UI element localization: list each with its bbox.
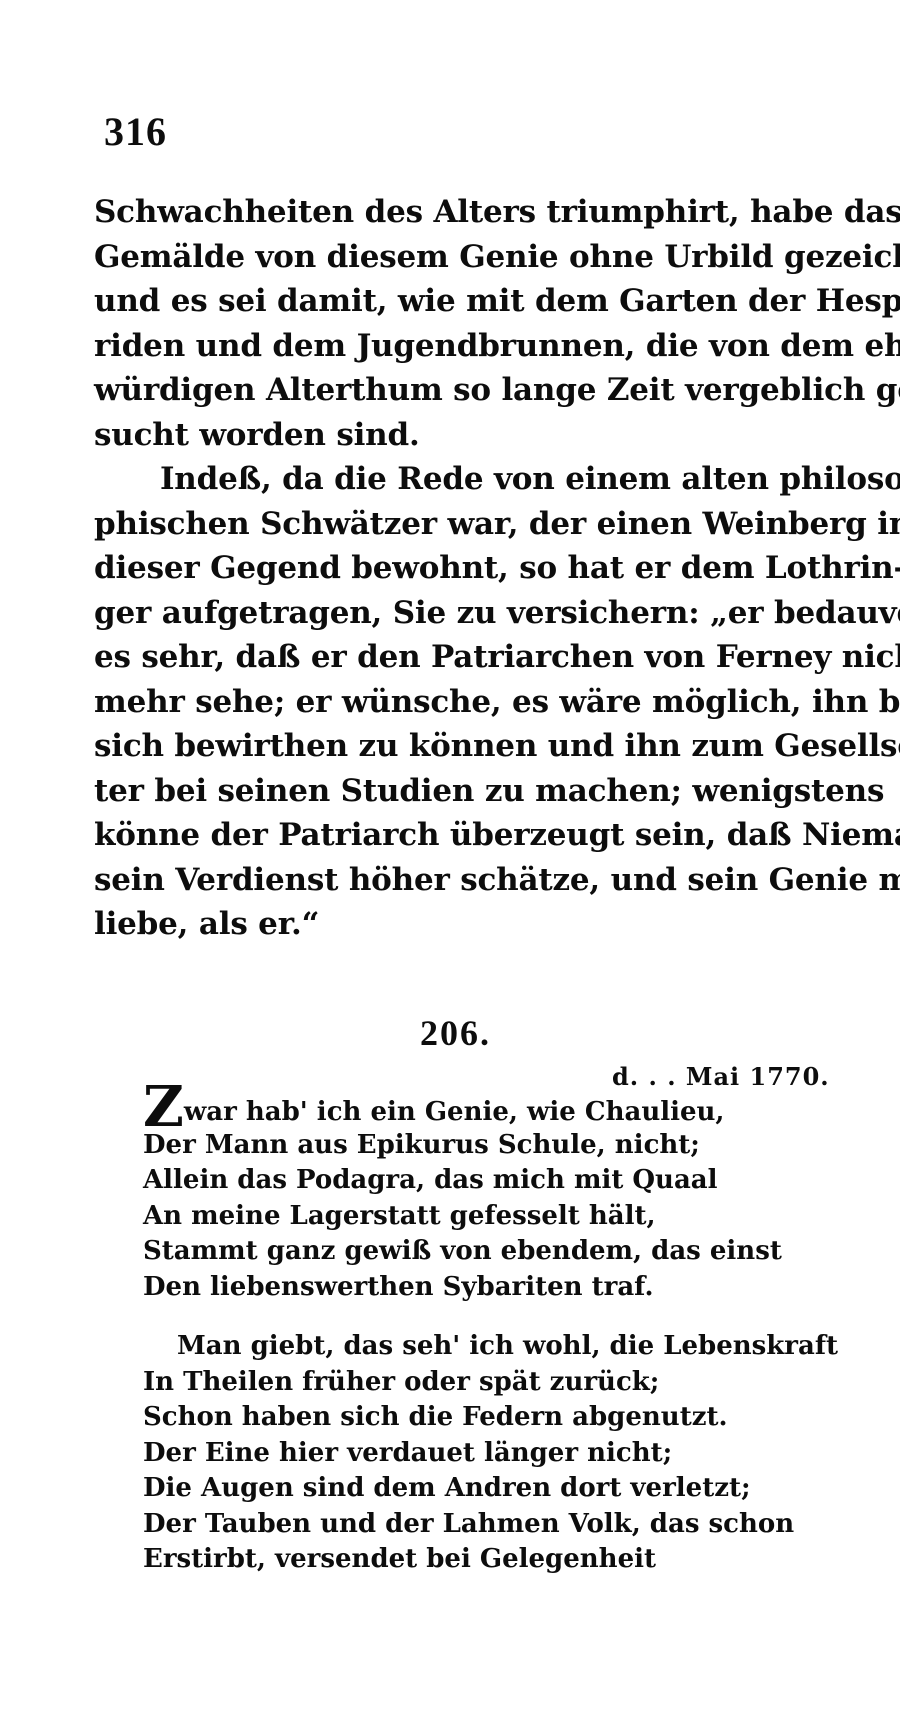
prose-paragraph-start: Indeß, da die Rede von einem alten philo…	[94, 457, 854, 502]
poem-verse: Stammt ganz gewiß von ebendem, das einst	[143, 1234, 843, 1270]
poem-stanza-1: Zwar hab' ich ein Genie, wie Chaulieu, D…	[143, 1092, 843, 1305]
poem-verse: Der Tauben und der Lahmen Volk, das scho…	[143, 1507, 843, 1543]
poem-verse: Erstirbt, versendet bei Gelegenheit	[143, 1542, 843, 1578]
prose-line: Gemälde von diesem Genie ohne Urbild gez…	[94, 235, 854, 280]
letter-number: 206.	[420, 1012, 491, 1054]
poem-verse: Der Eine hier verdauet länger nicht;	[143, 1436, 843, 1472]
poem-verse: Zwar hab' ich ein Genie, wie Chaulieu,	[143, 1092, 843, 1128]
poem-verse: Der Mann aus Epikurus Schule, nicht;	[143, 1128, 843, 1164]
prose-line: riden und dem Jugendbrunnen, die von dem…	[94, 324, 854, 369]
prose-line: sein Verdienst höher schätze, und sein G…	[94, 858, 854, 903]
poem-verse: Man giebt, das seh' ich wohl, die Lebens…	[143, 1329, 843, 1365]
poem-stanza-2: Man giebt, das seh' ich wohl, die Lebens…	[143, 1329, 843, 1578]
poem-verse: Schon haben sich die Federn abgenutzt.	[143, 1400, 843, 1436]
letter-dateline: d. . . Mai 1770.	[612, 1062, 830, 1091]
poem-verse: Allein das Podagra, das mich mit Quaal	[143, 1163, 843, 1199]
prose-line: ter bei seinen Studien zu machen; wenigs…	[94, 769, 854, 814]
prose-line: würdigen Alterthum so lange Zeit vergebl…	[94, 368, 854, 413]
prose-line: Schwachheiten des Alters triumphirt, hab…	[94, 190, 854, 235]
prose-line: phischen Schwätzer war, der einen Weinbe…	[94, 502, 854, 547]
poem-verse: Den liebenswerthen Sybariten traf.	[143, 1270, 843, 1306]
prose-block: Schwachheiten des Alters triumphirt, hab…	[94, 190, 854, 947]
prose-line: mehr sehe; er wünsche, es wäre möglich, …	[94, 680, 854, 725]
poem: Zwar hab' ich ein Genie, wie Chaulieu, D…	[143, 1092, 843, 1578]
prose-line: sich bewirthen zu können und ihn zum Ges…	[94, 724, 854, 769]
prose-line: könne der Patriarch überzeugt sein, daß …	[94, 813, 854, 858]
poem-verse: In Theilen früher oder spät zurück;	[143, 1365, 843, 1401]
prose-line: und es sei damit, wie mit dem Garten der…	[94, 279, 854, 324]
prose-line: ger aufgetragen, Sie zu versichern: „er …	[94, 591, 854, 636]
prose-line: sucht worden sind.	[94, 413, 854, 458]
book-page: 316 Schwachheiten des Alters triumphirt,…	[0, 0, 900, 1710]
prose-line: es sehr, daß er den Patriarchen von Fern…	[94, 635, 854, 680]
prose-line: dieser Gegend bewohnt, so hat er dem Lot…	[94, 546, 854, 591]
poem-verse: An meine Lagerstatt gefesselt hält,	[143, 1199, 843, 1235]
prose-line: liebe, als er.“	[94, 902, 854, 947]
page-number: 316	[104, 112, 167, 152]
verse-text: war hab' ich ein Genie, wie Chaulieu,	[184, 1097, 725, 1127]
poem-verse: Die Augen sind dem Andren dort verletzt;	[143, 1471, 843, 1507]
